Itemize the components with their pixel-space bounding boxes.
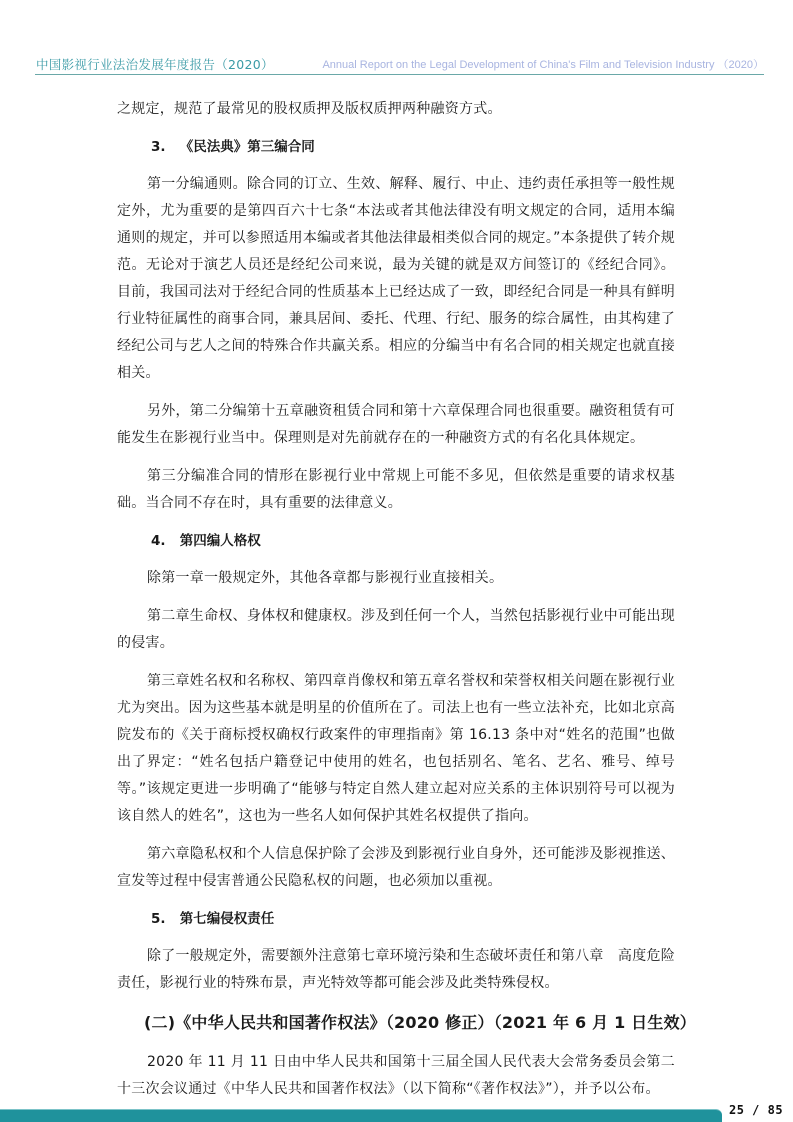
paragraph: 除第一章一般规定外，其他各章都与影视行业直接相关。	[117, 565, 675, 592]
paragraph-continued: 之规定，规范了最常见的股权质押及版权质押两种融资方式。	[117, 96, 675, 123]
section-title: 第四编人格权	[180, 533, 261, 549]
section-heading-5: 5. 第七编侵权责任	[117, 906, 675, 932]
header-title-cn: 中国影视行业法治发展年度报告（2020）	[36, 55, 274, 73]
section-heading-3: 3. 《民法典》第三编合同	[117, 134, 675, 160]
section-title: 第七编侵权责任	[180, 911, 275, 927]
section-number: 4.	[151, 528, 175, 554]
running-header: 中国影视行业法治发展年度报告（2020） Annual Report on th…	[35, 54, 764, 75]
section-heading-4: 4. 第四编人格权	[117, 528, 675, 554]
section-title: 《民法典》第三编合同	[180, 139, 315, 155]
page-body: 之规定，规范了最常见的股权质押及版权质押两种融资方式。 3. 《民法典》第三编合…	[117, 96, 675, 1103]
paragraph: 第三章姓名权和名称权、第四章肖像权和第五章名誉权和荣誉权相关问题在影视行业尤为突…	[117, 668, 675, 830]
paragraph: 另外，第二分编第十五章融资租赁合同和第十六章保理合同也很重要。融资租赁有可能发生…	[117, 398, 675, 452]
section-number: 5.	[151, 906, 175, 932]
paragraph: 第一分编通则。除合同的订立、生效、解释、履行、中止、违约责任承担等一般性规定外，…	[117, 171, 675, 387]
footer-bar	[0, 1109, 722, 1122]
paragraph: 除了一般规定外，需要额外注意第七章环境污染和生态破坏责任和第八章 高度危险责任，…	[117, 943, 675, 997]
paragraph: 第六章隐私权和个人信息保护除了会涉及到影视行业自身外，还可能涉及影视推送、宣发等…	[117, 841, 675, 895]
paragraph: 2020 年 11 月 11 日由中华人民共和国第十三届全国人民代表大会常务委员…	[117, 1049, 675, 1103]
section-number: 3.	[151, 134, 175, 160]
paragraph: 第三分编准合同的情形在影视行业中常规上可能不多见，但依然是重要的请求权基础。当合…	[117, 463, 675, 517]
page-number: 25 / 85	[729, 1103, 783, 1117]
header-title-en: Annual Report on the Legal Development o…	[322, 56, 764, 72]
section-heading-copyright-law: (二)《中华人民共和国著作权法》（2020 修正）（2021 年 6 月 1 日…	[117, 1008, 675, 1038]
paragraph: 第二章生命权、身体权和健康权。涉及到任何一个人，当然包括影视行业中可能出现的侵害…	[117, 603, 675, 657]
